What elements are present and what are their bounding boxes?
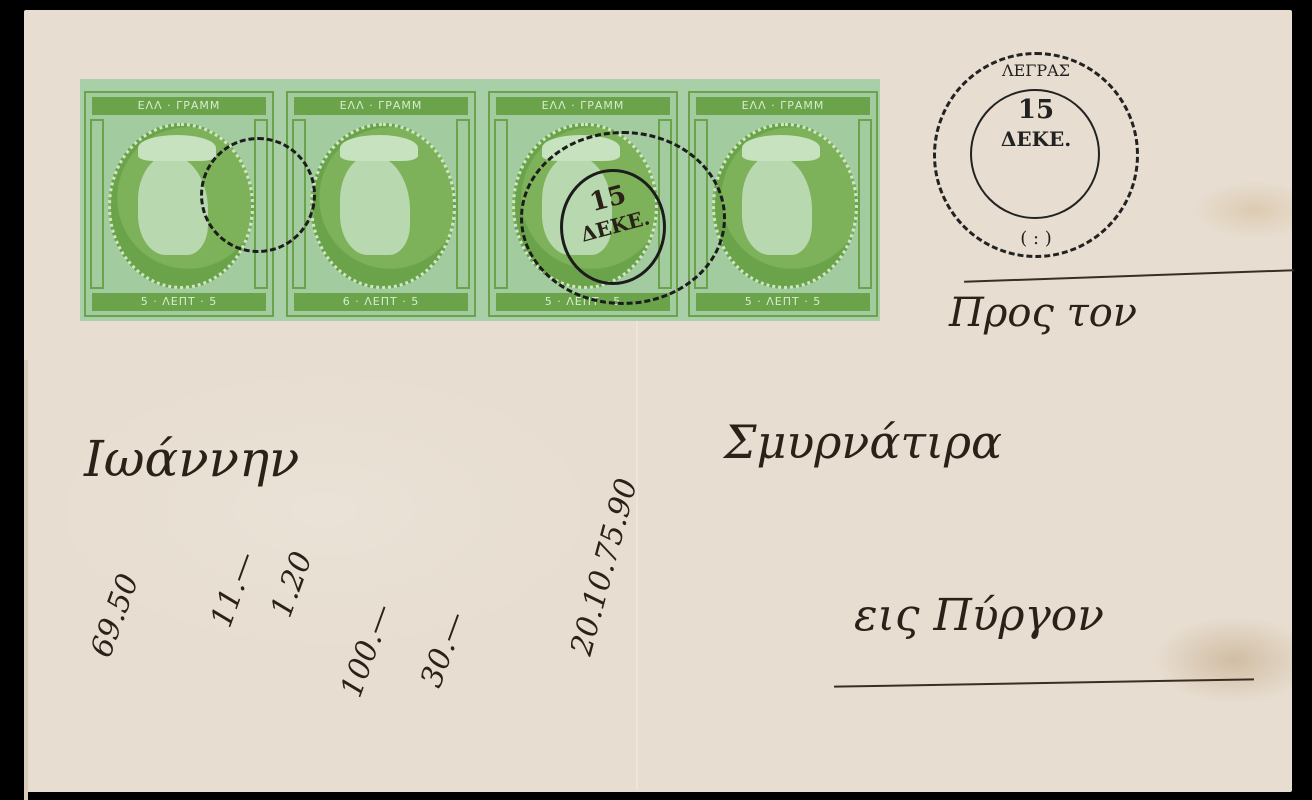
wing-icon	[742, 135, 820, 161]
stamp-top-text: ΕΛΛ · ΓΡΑΜΜ	[92, 97, 266, 115]
postmark-index-mark: ( : )	[936, 228, 1136, 249]
figure-6: 20.10.75.90	[564, 475, 645, 659]
address-rule-top	[964, 269, 1294, 282]
stamp-strip: ΕΛΛ · ΓΡΑΜΜ 5 · ΛΕΠΤ · 5 ΕΛΛ · ΓΡΑΜΜ 6 ·…	[80, 79, 880, 321]
stamp-value-text: 5 · ΛΕΠΤ · 5	[696, 293, 870, 311]
figure-3: 1.20	[264, 547, 320, 622]
wing-icon	[340, 135, 418, 161]
address-rule-bottom	[834, 678, 1254, 687]
paper-fold	[636, 310, 638, 790]
figure-5: 30.—	[414, 607, 473, 692]
address-line-3: εις Πύργον	[854, 590, 1104, 641]
address-line-1: Προς τον	[949, 290, 1137, 336]
figure-1: 69.50	[84, 569, 146, 662]
manuscript-name: Ιωάννην	[84, 430, 299, 488]
cover-flap-edge	[24, 360, 28, 800]
cancel-ring-left	[200, 137, 316, 253]
stamp-top-text: ΕΛΛ · ΓΡΑΜΜ	[696, 97, 870, 115]
stamp-value-text: 6 · ΛΕΠΤ · 5	[294, 293, 468, 311]
postal-cover: ΕΛΛ · ΓΡΑΜΜ 5 · ΛΕΠΤ · 5 ΕΛΛ · ΓΡΑΜΜ 6 ·…	[24, 10, 1292, 792]
stamp-top-text: ΕΛΛ · ΓΡΑΜΜ	[294, 97, 468, 115]
address-line-2: Σμυρνάτιρα	[724, 415, 1002, 469]
postmark-day: 15	[936, 95, 1136, 125]
stamp-value-text: 5 · ΛΕΠΤ · 5	[92, 293, 266, 311]
postmark-town: ΛΕΓΡΑΣ	[936, 61, 1136, 80]
stamp-top-text: ΕΛΛ · ΓΡΑΜΜ	[496, 97, 670, 115]
figure-2: 11.—	[204, 547, 263, 632]
postmark-month: ΔΕΚΕ.	[936, 127, 1136, 151]
figure-4: 100.—	[334, 599, 400, 702]
wing-icon	[138, 135, 216, 161]
postmark: ΛΕΓΡΑΣ 15 ΔΕΚΕ. ( : )	[933, 52, 1139, 258]
